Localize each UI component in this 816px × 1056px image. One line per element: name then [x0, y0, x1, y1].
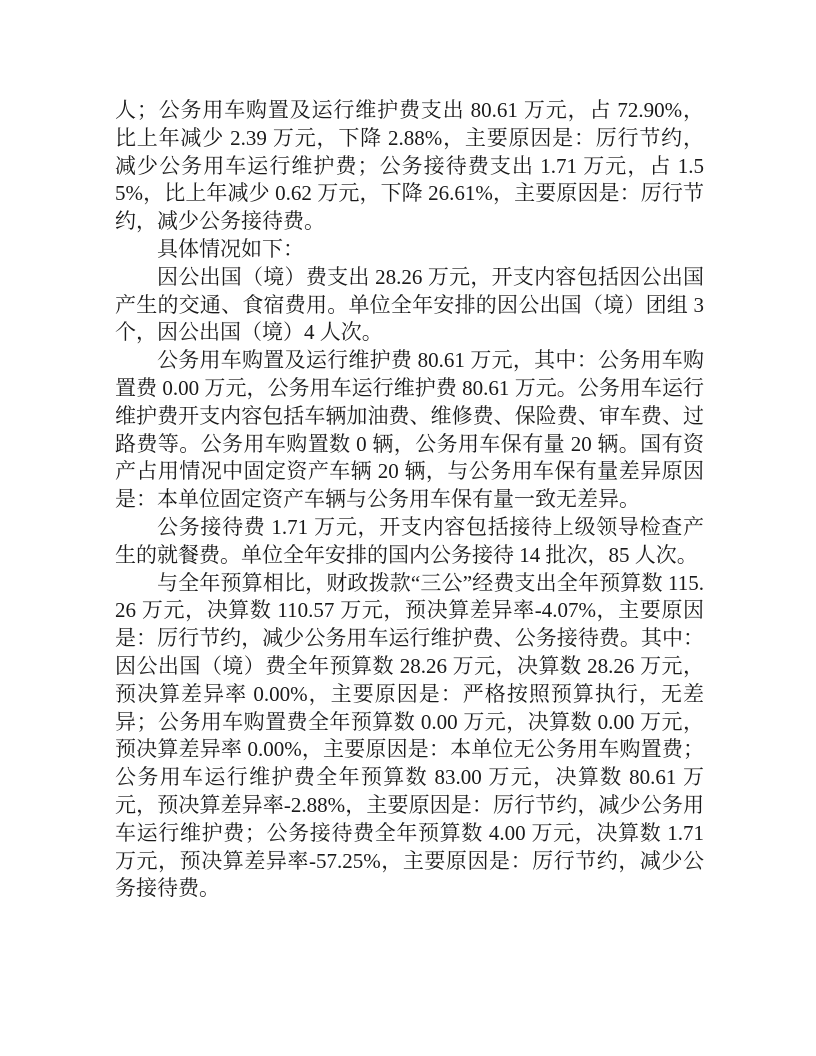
para-details-heading: 具体情况如下：: [115, 236, 704, 264]
para-official-reception: 公务接待费 1.71 万元，开支内容包括接待上级领导检查产生的就餐费。单位全年安…: [115, 514, 704, 570]
para-three-public-summary: 人；公务用车购置及运行维护费支出 80.61 万元，占 72.90%，比上年减少…: [115, 97, 704, 236]
para-overseas-trips: 因公出国（境）费支出 28.26 万元，开支内容包括因公出国产生的交通、食宿费用…: [115, 264, 704, 347]
para-budget-comparison: 与全年预算相比，财政拨款“三公”经费支出全年预算数 115.26 万元，决算数 …: [115, 570, 704, 904]
para-official-vehicles: 公务用车购置及运行维护费 80.61 万元，其中：公务用车购置费 0.00 万元…: [115, 347, 704, 514]
document-text-block: 人；公务用车购置及运行维护费支出 80.61 万元，占 72.90%，比上年减少…: [115, 97, 704, 903]
document-page: 人；公务用车购置及运行维护费支出 80.61 万元，占 72.90%，比上年减少…: [0, 0, 816, 1056]
